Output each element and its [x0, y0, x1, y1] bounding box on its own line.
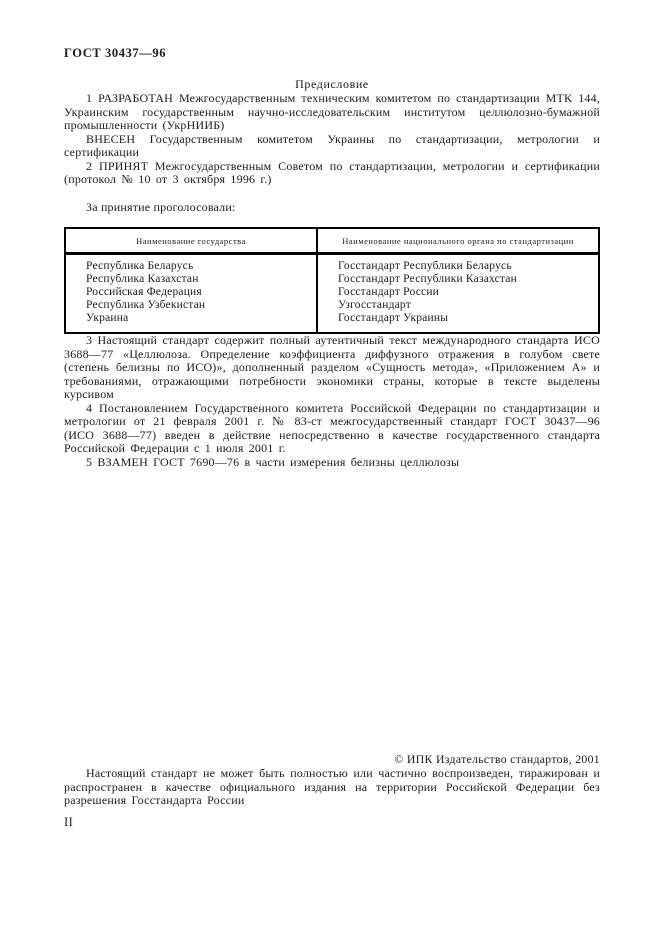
doc-code: ГОСТ 30437—96 — [64, 46, 600, 61]
paragraph-decree: 4 Постановлением Государственного комите… — [64, 402, 600, 456]
page-footer: © ИПК Издательство стандартов, 2001 Наст… — [64, 752, 600, 830]
voting-table-body: Республика Беларусь Госстандарт Республи… — [65, 254, 599, 334]
paragraph-adopted: 2 ПРИНЯТ Межгосударственным Советом по с… — [64, 160, 600, 187]
cell-body: Госстандарт Республики Казахстан — [317, 273, 599, 286]
table-row: Украина Госстандарт Украины — [65, 312, 599, 333]
column-header-state: Наименование государства — [65, 228, 317, 254]
page-content: ГОСТ 30437—96 Предисловие 1 РАЗРАБОТАН М… — [64, 46, 600, 469]
table-row: Российская Федерация Госстандарт России — [65, 286, 599, 299]
voting-table-head: Наименование государства Наименование на… — [65, 228, 599, 254]
table-row: Республика Узбекистан Узгосстандарт — [65, 299, 599, 312]
cell-body: Госстандарт Республики Беларусь — [317, 254, 599, 274]
cell-state: Республика Узбекистан — [65, 299, 317, 312]
cell-body: Госстандарт России — [317, 286, 599, 299]
cell-state: Российская Федерация — [65, 286, 317, 299]
paragraph-contains: 3 Настоящий стандарт содержит полный аут… — [64, 334, 600, 402]
document-page: ГОСТ 30437—96 Предисловие 1 РАЗРАБОТАН М… — [0, 0, 661, 936]
copyright-notice: © ИПК Издательство стандартов, 2001 — [64, 752, 600, 767]
vote-intro: За принятие проголосовали: — [64, 201, 600, 215]
table-row: Республика Беларусь Госстандарт Республи… — [65, 254, 599, 274]
paragraph-replaces: 5 ВЗАМЕН ГОСТ 7690—76 в части измерения … — [64, 456, 600, 470]
paragraph-submitted: ВНЕСЕН Государственным комитетом Украины… — [64, 133, 600, 160]
voting-table: Наименование государства Наименование на… — [64, 227, 600, 334]
page-title: Предисловие — [64, 77, 600, 92]
page-number: II — [64, 815, 600, 830]
cell-state: Украина — [65, 312, 317, 333]
reproduction-disclaimer: Настоящий стандарт не может быть полност… — [64, 767, 600, 808]
cell-state: Республика Беларусь — [65, 254, 317, 274]
cell-body: Узгосстандарт — [317, 299, 599, 312]
cell-state: Республика Казахстан — [65, 273, 317, 286]
table-row: Республика Казахстан Госстандарт Республ… — [65, 273, 599, 286]
paragraph-developed: 1 РАЗРАБОТАН Межгосударственным техничес… — [64, 92, 600, 133]
column-header-body: Наименование национального органа по ста… — [317, 228, 599, 254]
cell-body: Госстандарт Украины — [317, 312, 599, 333]
table-header-row: Наименование государства Наименование на… — [65, 228, 599, 254]
